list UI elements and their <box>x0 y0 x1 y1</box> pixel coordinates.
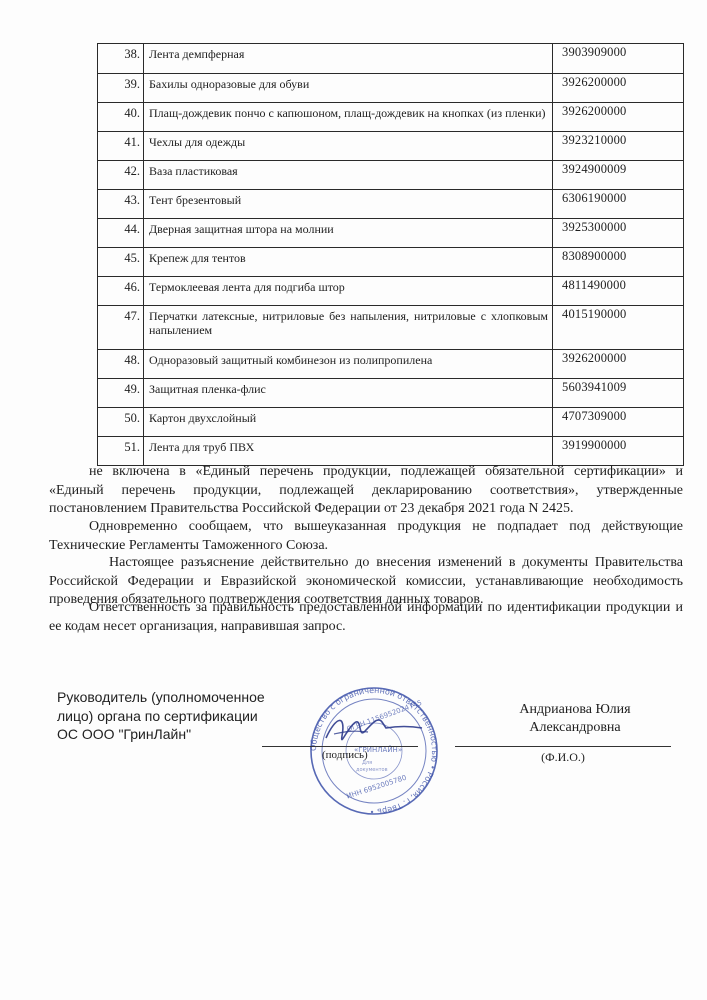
role-line: Руководитель (уполномоченное <box>57 688 265 707</box>
row-number: 43. <box>98 190 144 219</box>
product-name: Чехлы для одежды <box>144 132 553 161</box>
fio-caption: (Ф.И.О.) <box>455 750 671 765</box>
product-name: Лента для труб ПВХ <box>144 437 553 466</box>
row-number: 38. <box>98 44 144 74</box>
table-row: 42. Ваза пластиковая 3924900009 <box>98 161 684 190</box>
table-row: 47. Перчатки латексные, нитриловые без н… <box>98 306 684 350</box>
fio-line <box>455 746 671 747</box>
row-number: 46. <box>98 277 144 306</box>
tn-ved-code: 5603941009 <box>553 379 684 408</box>
paragraph-technical-regulations: Одновременно сообщаем, что вышеуказанная… <box>49 518 683 555</box>
name-line: Александровна <box>480 719 670 737</box>
product-name: Крепеж для тентов <box>144 248 553 277</box>
tn-ved-code: 3926200000 <box>553 74 684 103</box>
product-name: Лента демпферная <box>144 44 553 74</box>
row-number: 45. <box>98 248 144 277</box>
tn-ved-code: 8308900000 <box>553 248 684 277</box>
table-row: 46. Термоклеевая лента для подгиба штор … <box>98 277 684 306</box>
row-number: 50. <box>98 408 144 437</box>
row-number: 51. <box>98 437 144 466</box>
tn-ved-code: 4811490000 <box>553 277 684 306</box>
tn-ved-code: 4015190000 <box>553 306 684 350</box>
table-row: 50. Картон двухслойный 4707309000 <box>98 408 684 437</box>
product-name: Перчатки латексные, нитриловые без напыл… <box>144 306 553 350</box>
row-number: 47. <box>98 306 144 350</box>
row-number: 48. <box>98 350 144 379</box>
tn-ved-code: 3923210000 <box>553 132 684 161</box>
product-name: Защитная пленка-флис <box>144 379 553 408</box>
signatory-role: Руководитель (уполномоченное лицо) орган… <box>57 688 265 744</box>
signatory-name: Андрианова Юлия Александровна <box>480 701 670 737</box>
row-number: 42. <box>98 161 144 190</box>
tn-ved-code: 6306190000 <box>553 190 684 219</box>
signature-line <box>262 746 418 747</box>
table-row: 40. Плащ-дождевик пончо с капюшоном, пла… <box>98 103 684 132</box>
product-name: Дверная защитная штора на молнии <box>144 219 553 248</box>
product-name: Ваза пластиковая <box>144 161 553 190</box>
product-name: Плащ-дождевик пончо с капюшоном, плащ-до… <box>144 103 553 132</box>
row-number: 39. <box>98 74 144 103</box>
tn-ved-code: 3926200000 <box>553 350 684 379</box>
row-number: 44. <box>98 219 144 248</box>
row-number: 41. <box>98 132 144 161</box>
organization-stamp-icon: Общество с ограниченной ответственностью… <box>298 686 450 816</box>
row-number: 49. <box>98 379 144 408</box>
row-number: 40. <box>98 103 144 132</box>
product-name: Одноразовый защитный комбинезон из полип… <box>144 350 553 379</box>
product-name: Тент брезентовый <box>144 190 553 219</box>
tn-ved-code: 3903909000 <box>553 44 684 74</box>
role-line: ОС ООО "ГринЛайн" <box>57 725 265 744</box>
table-row: 45. Крепеж для тентов 8308900000 <box>98 248 684 277</box>
table-row: 41. Чехлы для одежды 3923210000 <box>98 132 684 161</box>
product-name: Термоклеевая лента для подгиба штор <box>144 277 553 306</box>
tn-ved-code: 3925300000 <box>553 219 684 248</box>
table-row: 39. Бахилы одноразовые для обуви 3926200… <box>98 74 684 103</box>
table-row: 38. Лента демпферная 3903909000 <box>98 44 684 74</box>
table-row: 48. Одноразовый защитный комбинезон из п… <box>98 350 684 379</box>
table-row: 51. Лента для труб ПВХ 3919900000 <box>98 437 684 466</box>
products-table: 38. Лента демпферная 3903909000 39. Бахи… <box>97 43 684 466</box>
paragraph-not-included: не включена в «Единый перечень продукции… <box>49 463 683 519</box>
table-row: 49. Защитная пленка-флис 5603941009 <box>98 379 684 408</box>
paragraph-responsibility: Ответственность за правильность предоста… <box>49 599 683 636</box>
tn-ved-code: 4707309000 <box>553 408 684 437</box>
tn-ved-code: 3919900000 <box>553 437 684 466</box>
svg-text:ОГРН 1156952024745: ОГРН 1156952024745 <box>346 699 423 734</box>
document-page: 38. Лента демпферная 3903909000 39. Бахи… <box>0 0 707 1000</box>
signature-caption: (подпись) <box>322 749 368 761</box>
table-row: 43. Тент брезентовый 6306190000 <box>98 190 684 219</box>
tn-ved-code: 3924900009 <box>553 161 684 190</box>
product-name: Бахилы одноразовые для обуви <box>144 74 553 103</box>
product-name: Картон двухслойный <box>144 408 553 437</box>
table-row: 44. Дверная защитная штора на молнии 392… <box>98 219 684 248</box>
svg-text:документов: документов <box>356 767 388 773</box>
role-line: лицо) органа по сертификации <box>57 707 265 726</box>
tn-ved-code: 3926200000 <box>553 103 684 132</box>
name-line: Андрианова Юлия <box>480 701 670 719</box>
